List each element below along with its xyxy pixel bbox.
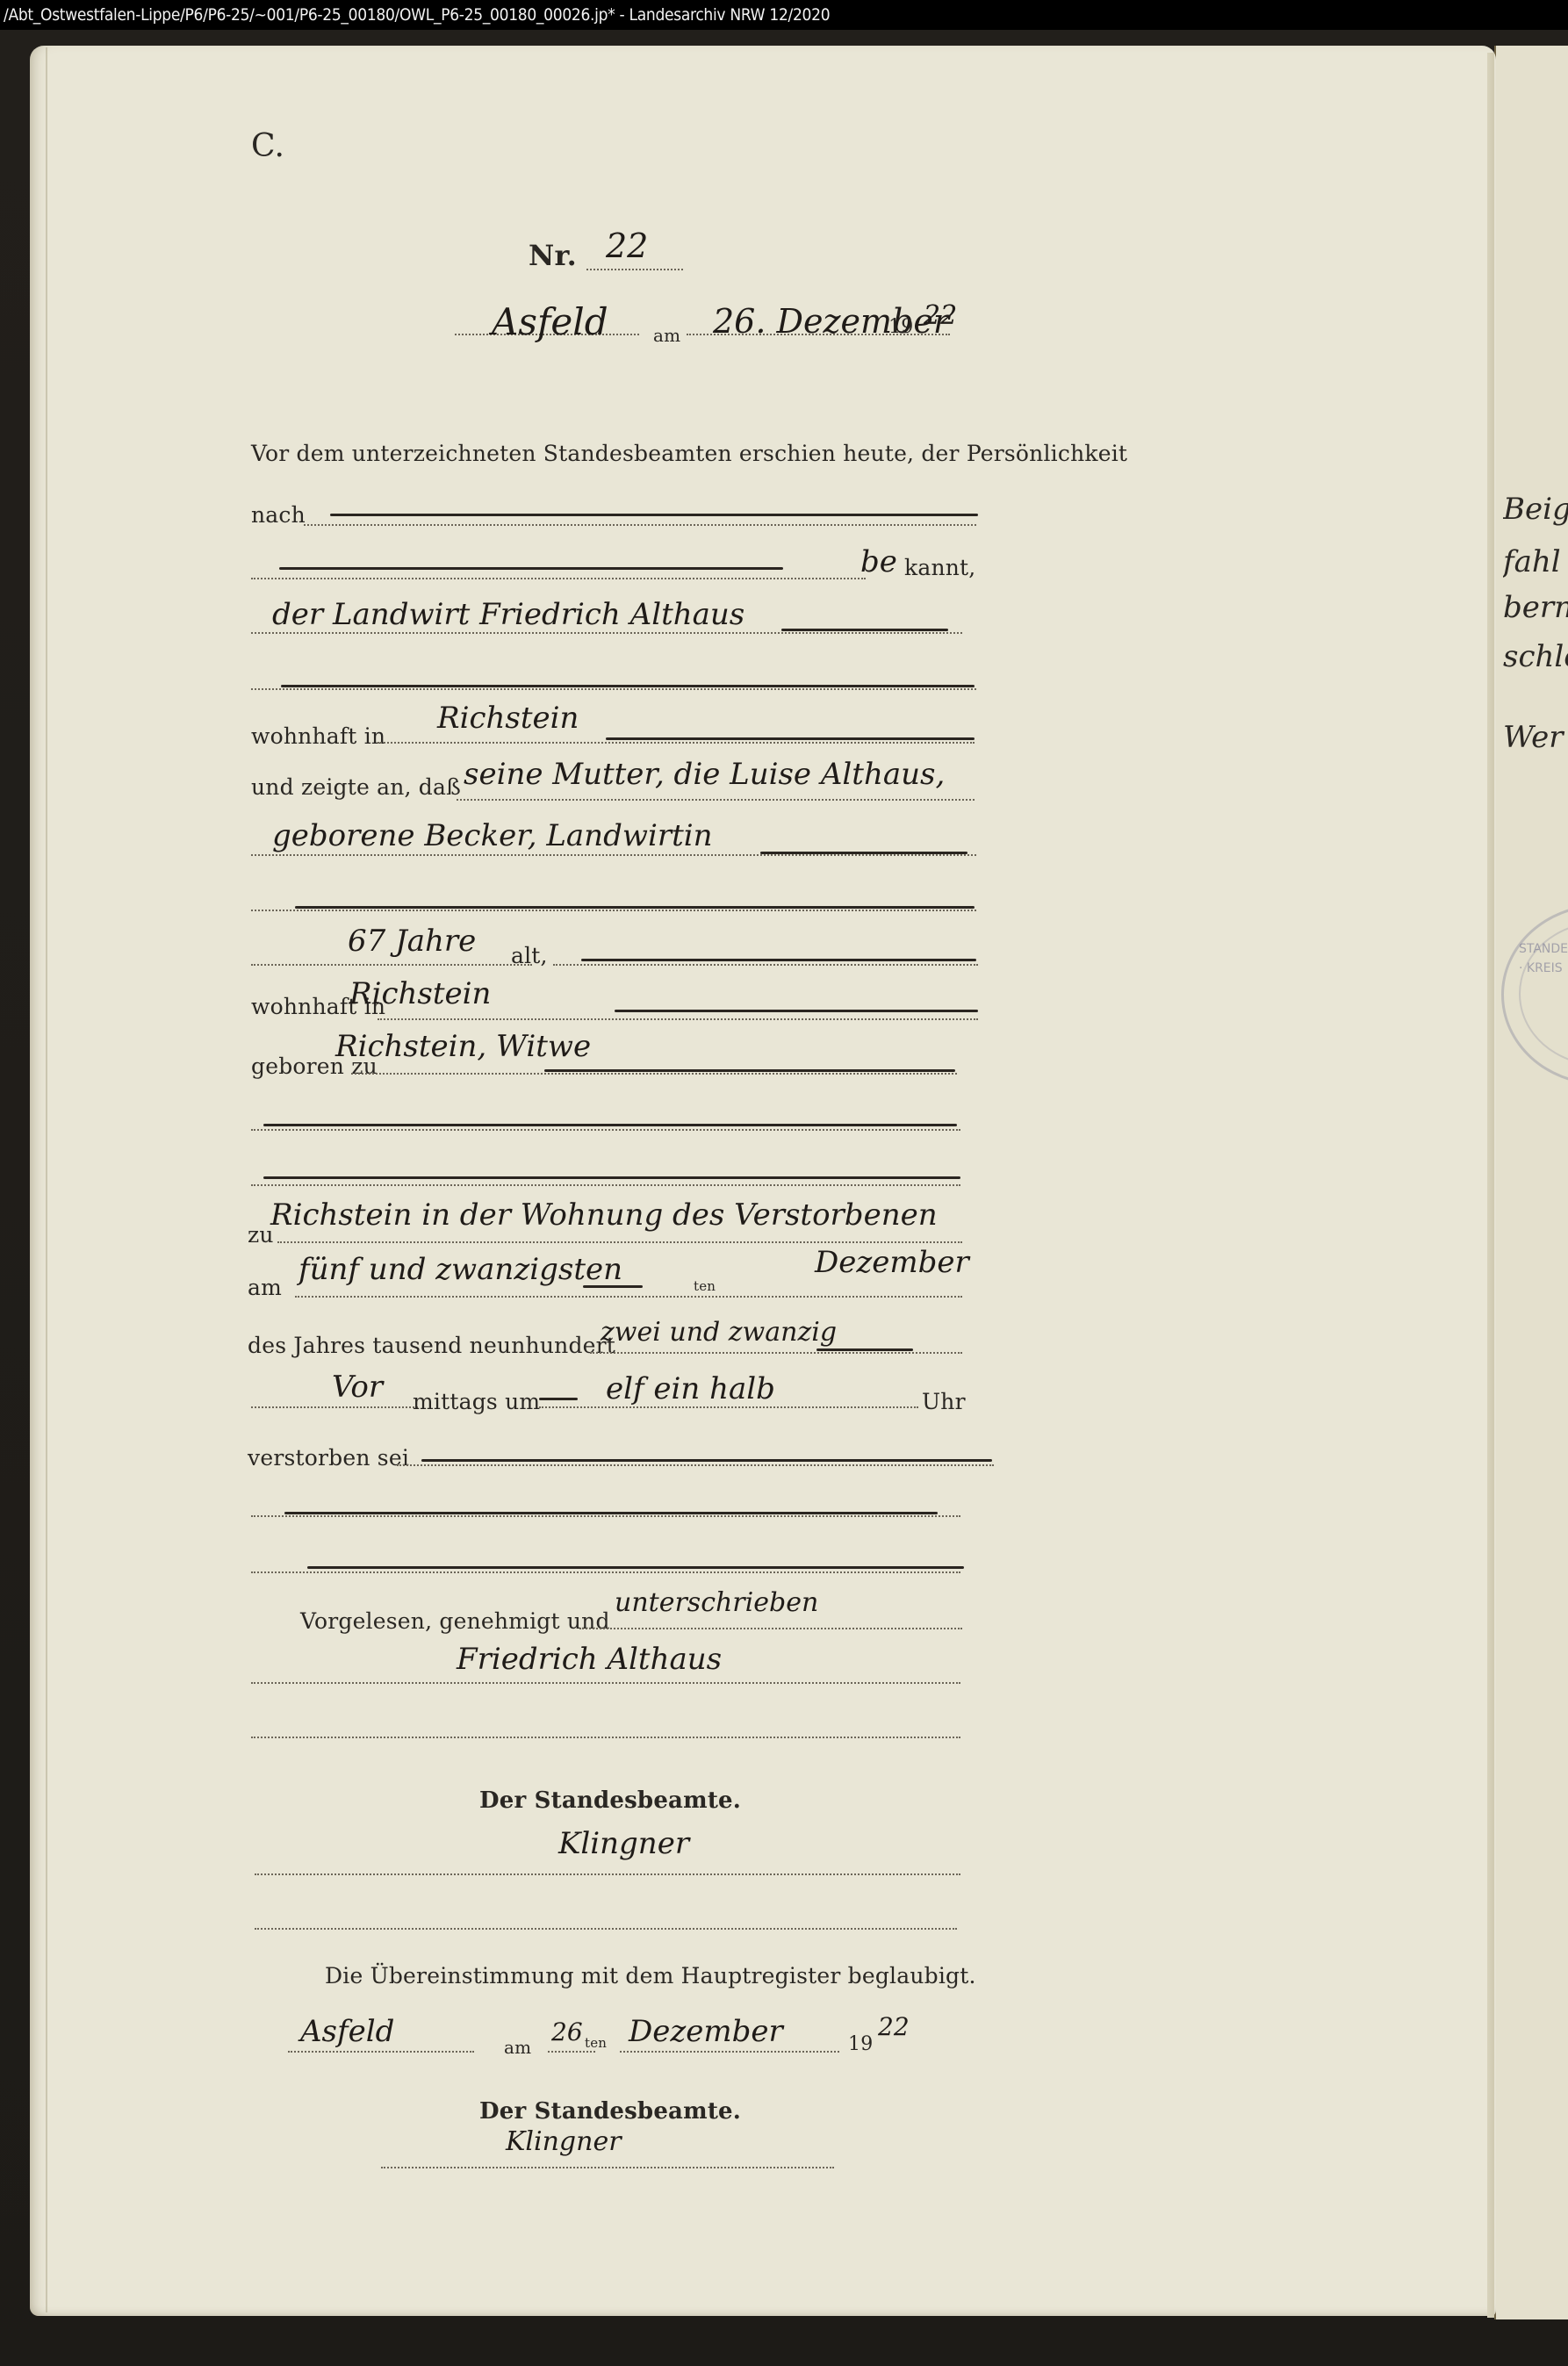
alt-dotted-line [553, 964, 978, 966]
nach-strike-line [330, 514, 978, 516]
wohnhaft-label: wohnhaft in [251, 723, 385, 749]
empty-dotted-line [251, 910, 976, 911]
window-title: /Abt_Ostwestfalen-Lippe/P6/P6-25/~001/P6… [4, 5, 830, 25]
deceased-residence: Richstein [349, 976, 491, 1011]
time-prefix-dotted-line [251, 1406, 418, 1408]
section-letter: C. [251, 128, 284, 164]
birthplace: Richstein, Witwe [335, 1029, 591, 1064]
nach-label: nach [251, 502, 306, 528]
registrar-signature: Klingner [558, 1826, 689, 1861]
certification-text: Die Übereinstimmung mit dem Hauptregiste… [325, 1963, 976, 1988]
ten-label: ten [694, 1278, 716, 1294]
alt-strike-line [581, 959, 976, 961]
jahres-strike-line [816, 1348, 913, 1351]
date-am-label: am [653, 325, 680, 346]
window-title-bar: /Abt_Ostwestfalen-Lippe/P6/P6-25/~001/P6… [0, 0, 1568, 30]
cert-month: Dezember [629, 2014, 783, 2049]
wohnhaft-strike-line [606, 737, 975, 740]
cert-ten-label: ten [585, 2035, 607, 2051]
deceased-wohnhaft-strike-line [615, 1010, 978, 1012]
empty-strike-line [263, 1124, 957, 1126]
informant-strike-line [781, 629, 948, 631]
registrar-2-dotted-line [381, 2167, 834, 2168]
kannt-label: kannt, [904, 555, 975, 580]
empty-dotted-line [255, 1928, 957, 1930]
adjacent-handwriting-line: Wer [1503, 720, 1568, 755]
mittags-label: mittags um [413, 1389, 540, 1414]
intro-text: Vor dem unterzeichneten Standesbeamten e… [251, 441, 1127, 466]
uhr-label: Uhr [922, 1389, 966, 1414]
empty-strike-line [281, 685, 975, 687]
empty-strike-line [284, 1512, 938, 1514]
wohnhaft-dotted-line [378, 742, 975, 744]
cert-year-prefix: 19 [848, 2033, 873, 2055]
time-value: elf ein halb [606, 1371, 775, 1406]
empty-strike-line [263, 1176, 960, 1179]
registrar-title-2: Der Standesbeamte. [479, 2098, 741, 2125]
page-fold [46, 47, 47, 2312]
empty-dotted-line [251, 1129, 960, 1131]
registrar-signature-2: Klingner [506, 2126, 622, 2157]
cert-place-dotted-line [288, 2051, 474, 2053]
am-dotted-line [295, 1296, 962, 1298]
alt-label: alt, [511, 943, 548, 968]
informant-signature: Friedrich Althaus [457, 1642, 722, 1677]
adjacent-handwriting-line: schloss [1503, 639, 1568, 674]
vorgelesen-label: Vorgelesen, genehmigt und [300, 1608, 610, 1634]
adjacent-handwriting-line: Beigl [1503, 492, 1568, 527]
empty-dotted-line [251, 1737, 960, 1738]
am-strike-line [583, 1285, 643, 1288]
informant-name: der Landwirt Friedrich Althaus [272, 597, 744, 632]
mittags-strike-line [539, 1398, 578, 1400]
kannt-prefix: be [860, 544, 897, 579]
cert-day: 26 [551, 2017, 583, 2046]
vorgelesen-dotted-line [579, 1628, 962, 1629]
registrar-title: Der Standesbeamte. [479, 1787, 741, 1814]
deceased-strike-line [760, 852, 967, 854]
deceased-wohnhaft-dotted-line [378, 1018, 978, 1020]
informant-residence: Richstein [437, 701, 579, 736]
death-day: fünf und zwanzigsten [298, 1252, 622, 1287]
age-value: 67 Jahre [348, 924, 476, 959]
jahres-label: des Jahres tausend neunhundert [248, 1333, 615, 1358]
death-place: Richstein in der Wohnung des Verstorbene… [270, 1197, 938, 1233]
time-prefix: Vor [332, 1370, 383, 1405]
geboren-dotted-line [351, 1073, 957, 1075]
cert-month-dotted-line [620, 2051, 839, 2053]
empty-dotted-line [251, 1571, 960, 1573]
year-suffix: 22 [924, 300, 957, 331]
am-label: am [248, 1275, 282, 1300]
adjacent-page [1494, 46, 1568, 2319]
year-prefix: 19 [888, 316, 913, 338]
page-edge [1487, 53, 1494, 2318]
time-dotted-line [539, 1406, 918, 1408]
verstorben-label: verstorben sei [248, 1445, 409, 1471]
number-label: Nr. [529, 239, 577, 272]
empty-dotted-line [251, 1515, 960, 1517]
empty-dotted-line [251, 688, 976, 690]
empty-strike-line [295, 906, 975, 909]
place-value: Asfeld [492, 300, 608, 343]
cert-year-suffix: 22 [878, 2012, 910, 2041]
adjacent-handwriting-line: bern [1503, 590, 1568, 625]
nach-dotted-line [304, 524, 976, 526]
vorgelesen-value: unterschrieben [615, 1587, 818, 1618]
death-month: Dezember [815, 1245, 969, 1280]
number-dotted-line [586, 269, 683, 270]
verstorben-strike-line [421, 1459, 992, 1462]
cert-place: Asfeld [300, 2014, 394, 2049]
date-value: 26. Dezember [713, 302, 949, 341]
geboren-strike-line [544, 1069, 955, 1072]
age-dotted-line [251, 964, 532, 966]
empty-strike-line [307, 1566, 964, 1569]
number-value: 22 [606, 227, 648, 265]
verstorben-dotted-line [397, 1464, 994, 1466]
cert-day-dotted-line [548, 2051, 595, 2053]
registrar-dotted-line [255, 1873, 960, 1875]
kannt-strike-line [279, 567, 783, 570]
signature-dotted-line [251, 1682, 960, 1684]
stamp-text: STANDESAMT · KREIS [1519, 939, 1568, 978]
death-year-words: zwei und zwanzig [601, 1317, 837, 1348]
zeigte-label: und zeigte an, daß [251, 774, 461, 800]
informant-dotted-line [251, 632, 962, 634]
zeigte-dotted-line [457, 799, 975, 801]
kannt-dotted-line [251, 578, 866, 579]
deceased-dotted-line-2 [251, 854, 976, 856]
zu-dotted-line [277, 1241, 962, 1243]
deceased-line-2: geborene Becker, Landwirtin [272, 818, 713, 853]
adjacent-handwriting-line: fahl [1503, 544, 1568, 579]
jahres-dotted-line [590, 1352, 962, 1354]
deceased-line-1: seine Mutter, die Luise Althaus, [464, 757, 945, 792]
cert-am-label: am [504, 2037, 531, 2058]
empty-dotted-line [251, 1184, 960, 1186]
